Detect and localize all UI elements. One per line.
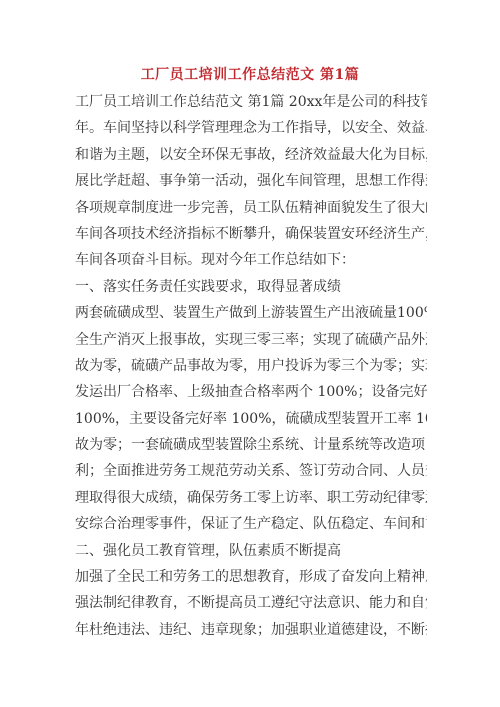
body-line: 强法制纪律教育，不断提高员工遵纪守法意识、能力和自觉性，全: [75, 590, 427, 616]
body-line: 工厂员工培训工作总结范文 第1篇 20xx年是公司的科技管理效益: [75, 89, 427, 115]
body-line: 各项规章制度进一步完善，员工队伍精神面貌发生了很大的变化，: [75, 195, 427, 221]
body-line: 理取得很大成绩，确保劳务工零上访率、职工劳动纪律零违纪、治: [75, 485, 427, 511]
body-line: 和谐为主题，以安全环保无事故，经济效益最大化为目标，扎实开: [75, 142, 427, 168]
document-title: 工厂员工培训工作总结范文 第1篇: [0, 66, 500, 84]
section-heading-1: 一、落实任务责任实践要求，取得显著成绩: [75, 274, 427, 300]
body-line: 故为零；一套硫磺成型装置除尘系统、计量系统等改造项目进展顺: [75, 432, 427, 458]
body-line: 加强了全民工和劳务工的思想教育，形成了奋发向上精神风貌。加: [75, 564, 427, 590]
body-line: 车间各项技术经济指标不断攀升，确保装置安环经济生产，实现了: [75, 221, 427, 247]
body-line: 车间各项奋斗目标。现对今年工作总结如下：: [75, 247, 427, 273]
body-line: 全生产消灭上报事故，实现三零三率；实现了硫磺产品外运装车事: [75, 327, 427, 353]
body-line: 利；全面推进劳务工规范劳动关系、签订劳动合同、人员变动等管: [75, 458, 427, 484]
section-heading-2: 二、强化员工教育管理，队伍素质不断提高: [75, 538, 427, 564]
document-page: 工厂员工培训工作总结范文 第1篇 工厂员工培训工作总结范文 第1篇 20xx年是…: [0, 0, 500, 707]
document-body: 工厂员工培训工作总结范文 第1篇 20xx年是公司的科技管理效益 年。车间坚持以…: [75, 89, 427, 643]
body-line: 年杜绝违法、违纪、违章现象；加强职业道德建设，不断提高了员: [75, 617, 427, 643]
body-line: 安综合治理零事件，保证了生产稳定、队伍稳定、车间和谐。: [75, 511, 427, 537]
body-line: 两套硫磺成型、装置生产做到上游装置生产出液硫量100%完成；安: [75, 300, 427, 326]
body-line: 100%，主要设备完好率 100%，硫磺成型装置开工率 100%，设备事: [75, 406, 427, 432]
body-line: 年。车间坚持以科学管理理念为工作指导，以安全、效益、发展、: [75, 115, 427, 141]
body-line: 故为零，硫磺产品事故为零，用户投诉为零三个为零；实现了硫磺: [75, 353, 427, 379]
body-line: 展比学赶超、事争第一活动，强化车间管理，思想工作得到加强，: [75, 168, 427, 194]
body-line: 发运出厂合格率、上级抽查合格率两个 100%；设备完好率为: [75, 379, 427, 405]
